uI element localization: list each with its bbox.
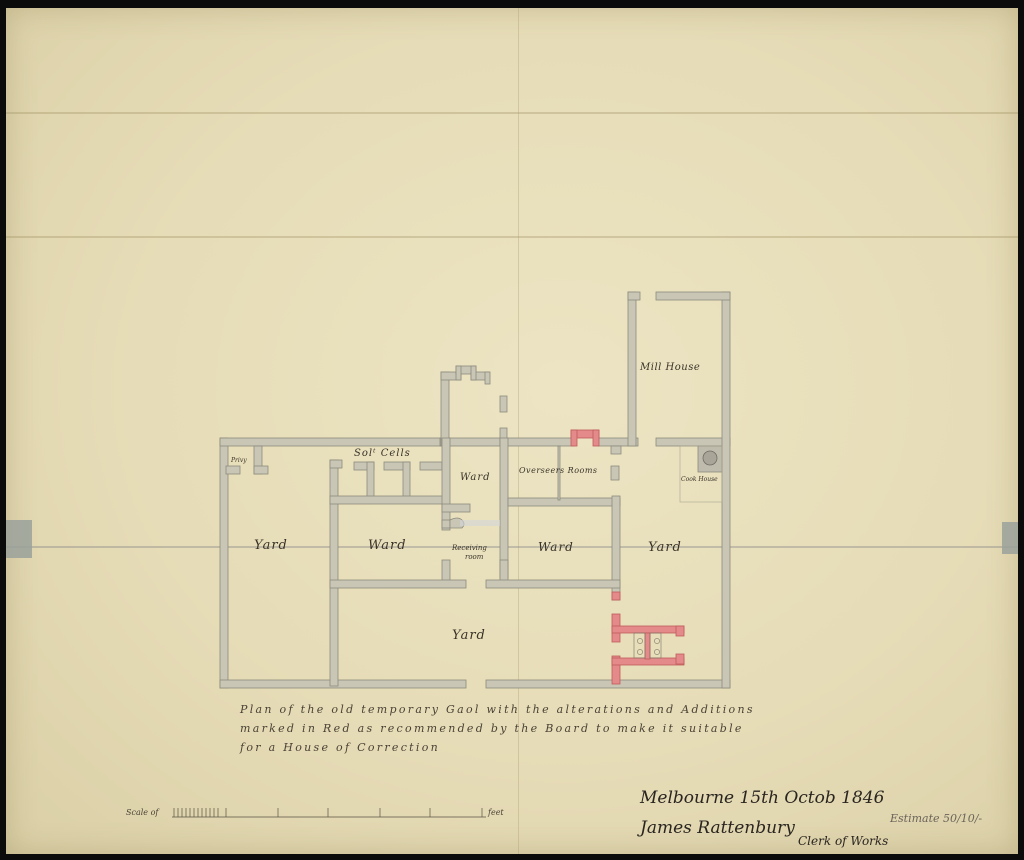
room-label-yard-south: Yard <box>452 628 486 643</box>
scale-unit: feet <box>488 808 504 817</box>
estimate-note: Estimate 50/10/- <box>890 812 982 825</box>
room-label-ward-north: Ward <box>460 472 491 483</box>
room-label-ward-east: Ward <box>538 540 574 554</box>
scale-label: Scale of <box>126 808 158 817</box>
room-label-solitary-cells: Solᵗ Cells <box>354 448 411 459</box>
caption-line-1: Plan of the old temporary Gaol with the … <box>240 700 780 719</box>
room-label-receiving-line1: Receiving <box>452 544 487 552</box>
signature-name: James Rattenbury <box>640 818 795 838</box>
caption-line-2: marked in Red as recommended by the Boar… <box>240 719 780 738</box>
copper-boiler-icon <box>703 451 717 465</box>
room-label-privy: Privy <box>231 457 247 464</box>
room-label-ward-west: Ward <box>368 538 407 553</box>
room-label-receiving-line2: room <box>465 553 483 561</box>
signature-title: Clerk of Works <box>798 834 888 848</box>
scale-bar <box>172 808 486 817</box>
plan-caption: Plan of the old temporary Gaol with the … <box>240 700 780 757</box>
room-label-yard-west: Yard <box>254 538 288 553</box>
room-label-cook-house: Cook House <box>681 476 718 483</box>
room-label-mill-house: Mill House <box>640 362 700 373</box>
caption-line-3: for a House of Correction <box>240 738 780 757</box>
room-label-yard-east: Yard <box>648 540 682 555</box>
signature-place-date: Melbourne 15th Octob 1846 <box>640 788 884 808</box>
room-label-overseers-rooms: Overseers Rooms <box>519 466 598 475</box>
